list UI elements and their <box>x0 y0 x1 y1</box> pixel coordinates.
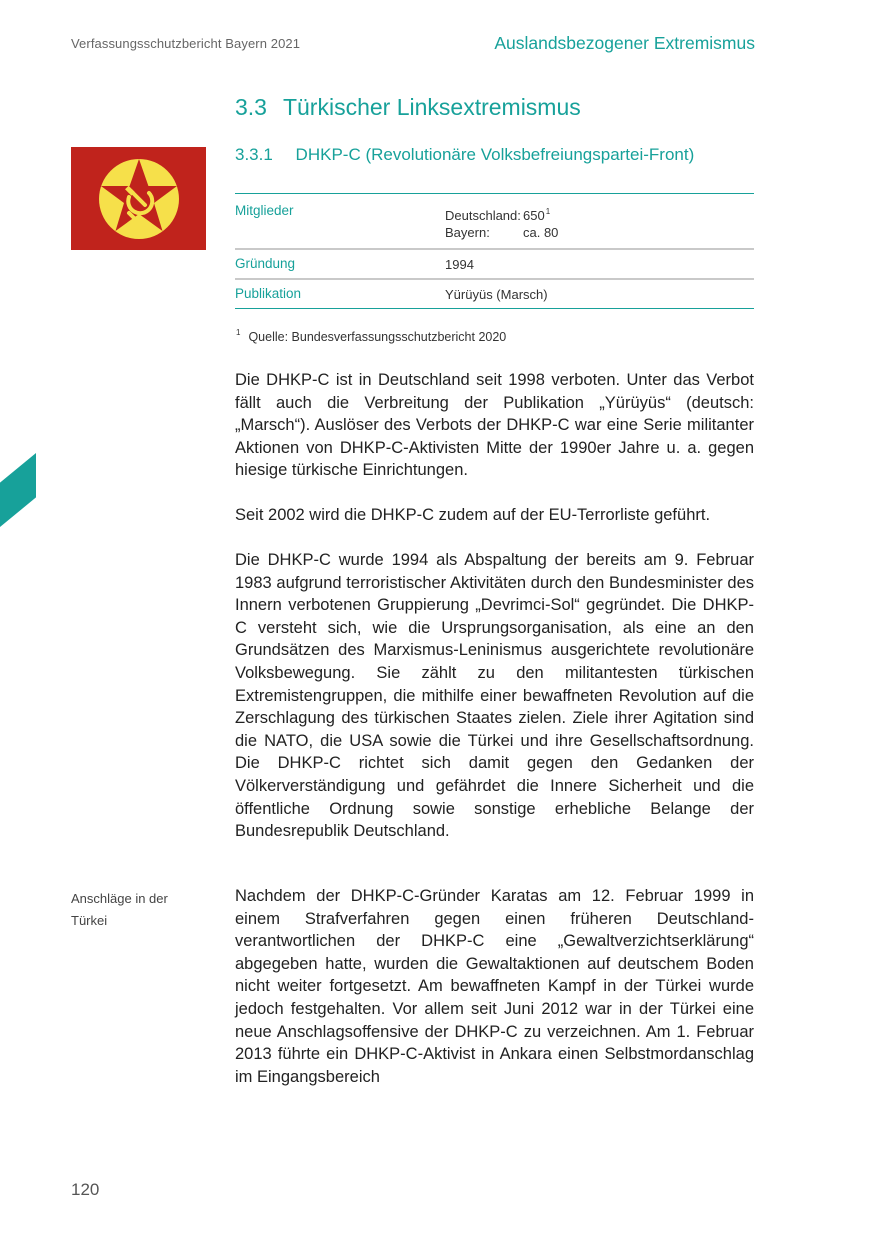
footnote-ref[interactable]: 1 <box>546 207 550 216</box>
chapter-tab-marker <box>0 453 36 527</box>
dhkp-c-flag-icon <box>71 147 206 250</box>
paragraph: Die DHKP-C wurde 1994 als Abspaltung der… <box>235 549 754 843</box>
members-value-bavaria: ca. 80 <box>523 225 558 240</box>
paragraph: Nachdem der DHKP-C-Gründer Karatas am 12… <box>235 885 754 1088</box>
facts-label: Gründung <box>235 256 445 273</box>
running-header-chapter: Auslandsbezogener Extremismus <box>494 33 755 54</box>
page-number: 120 <box>71 1180 99 1200</box>
facts-table: Mitglieder Deutschland:6501 Bayern:ca. 8… <box>235 193 754 309</box>
section-heading: 3.3 Türkischer Linksextremismus <box>235 94 581 121</box>
paragraph: Die DHKP-C ist in Deutschland seit 1998 … <box>235 369 754 482</box>
running-header-left: Verfassungsschutzbericht Bayern 2021 <box>71 36 300 51</box>
paragraph: Seit 2002 wird die DHKP-C zudem auf der … <box>235 504 754 527</box>
section-title: Türkischer Linksextremismus <box>283 94 581 120</box>
facts-label: Publikation <box>235 286 445 303</box>
subsection-heading: 3.3.1 DHKP-C (Revolutionäre Volksbefreiu… <box>235 145 694 165</box>
footnote: 1Quelle: Bundesverfassungsschutzbericht … <box>235 328 506 344</box>
subsection-title: DHKP-C (Revolutionäre Volksbefreiungspar… <box>296 145 695 164</box>
facts-row-founding: Gründung 1994 <box>235 248 754 278</box>
marginal-note: Anschläge in der Türkei <box>71 888 201 932</box>
subsection-number: 3.3.1 <box>235 145 273 164</box>
footnote-mark: 1 <box>236 328 240 337</box>
facts-label: Mitglieder <box>235 203 445 241</box>
members-key-germany: Deutschland: <box>445 207 523 224</box>
members-key-bavaria: Bayern: <box>445 224 523 241</box>
flag-emblem-icon <box>71 147 206 250</box>
facts-row-publication: Publikation Yürüyüs (Marsch) <box>235 278 754 308</box>
footnote-text: Quelle: Bundesverfassungsschutzbericht 2… <box>248 330 506 344</box>
facts-value: Deutschland:6501 Bayern:ca. 80 <box>445 203 558 241</box>
facts-row-members: Mitglieder Deutschland:6501 Bayern:ca. 8… <box>235 194 754 248</box>
facts-value: Yürüyüs (Marsch) <box>445 286 548 303</box>
facts-value: 1994 <box>445 256 474 273</box>
section-number: 3.3 <box>235 94 267 120</box>
members-value-germany: 650 <box>523 208 545 223</box>
